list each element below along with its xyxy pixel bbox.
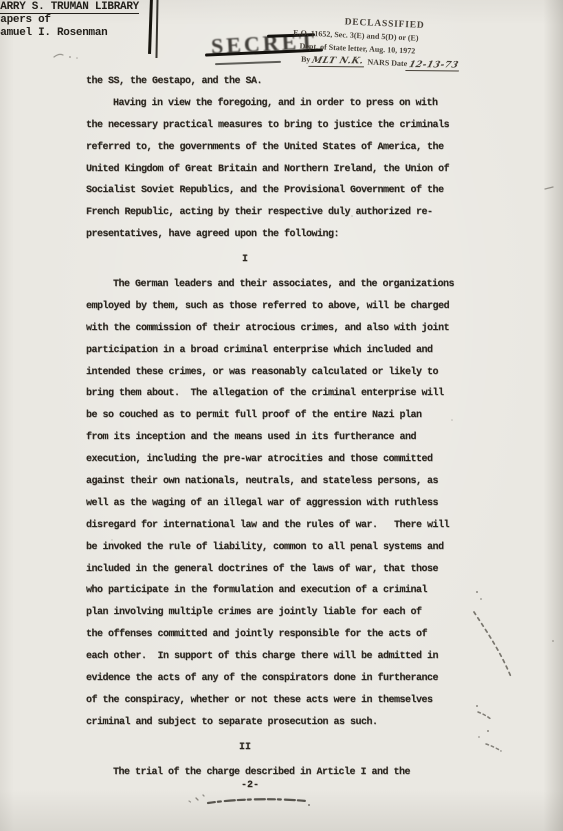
scanned-document-page: HARRY S. TRUMAN LIBRARY Papers of Samuel… <box>0 0 563 831</box>
body-line: against their own nationals, neutrals, a… <box>86 471 458 493</box>
body-line: who participate in the formulation and e… <box>86 580 458 602</box>
body-line: plan involving multiple crimes are joint… <box>86 602 458 624</box>
body-line: disregard for international law and the … <box>86 515 458 537</box>
archive-stamp-papers-of: Papers of <box>0 14 139 26</box>
body-line: from its inception and the means used in… <box>86 427 458 449</box>
body-line: Socialist Soviet Republics, and the Prov… <box>86 180 458 202</box>
body-line: presentatives, have agreed upon the foll… <box>86 224 458 246</box>
nars-date-label: NARS Date <box>367 57 407 68</box>
body-line: be invoked the rule of liability, common… <box>86 537 458 559</box>
body-line: evidence the acts of any of the conspira… <box>86 668 458 690</box>
article-heading: I <box>86 249 458 271</box>
body-line: intended these crimes, or was reasonably… <box>86 362 458 384</box>
body-line: participation in a broad criminal enterp… <box>86 340 458 362</box>
archive-stamp-library-name: HARRY S. TRUMAN LIBRARY <box>0 1 139 14</box>
body-line: included in the general doctrines of the… <box>86 559 458 581</box>
document-body: the SS, the Gestapo, and the SA.Having i… <box>86 71 458 784</box>
body-line: The German leaders and their associates,… <box>86 274 458 296</box>
body-line: employed by them, such as those referred… <box>86 296 458 318</box>
body-line: each other. In support of this charge th… <box>86 646 458 668</box>
body-line: The trial of the charge described in Art… <box>86 762 458 784</box>
body-line: execution, including the pre-war atrocit… <box>86 449 458 471</box>
ink-bar-mark <box>155 0 158 58</box>
body-line: well as the waging of an illegal war of … <box>86 493 458 515</box>
body-line: be so couched as to permit full proof of… <box>86 405 458 427</box>
ink-bar-mark <box>148 0 153 54</box>
body-line: United Kingdom of Great Britain and Nort… <box>86 159 458 181</box>
handwritten-signature: MLT N.K. <box>309 55 367 66</box>
declassified-stamp: DECLASSIFIED E.O. 11652, Sec. 3(E) and 5… <box>287 15 499 74</box>
body-line: referred to, the governments of the Unit… <box>86 137 458 159</box>
article-heading: II <box>86 737 458 759</box>
body-line: bring them about. The allegation of the … <box>86 383 458 405</box>
page-number: -2- <box>241 780 259 791</box>
body-line: French Republic, acting by their respect… <box>86 202 458 224</box>
handwritten-date: 12-13-73 <box>406 60 462 71</box>
body-line: criminal and subject to separate prosecu… <box>86 712 458 734</box>
strikethrough-mark <box>215 61 281 65</box>
body-line: the necessary practical measures to brin… <box>86 115 458 137</box>
archive-stamp: HARRY S. TRUMAN LIBRARY Papers of Samuel… <box>0 1 139 39</box>
body-line: of the conspiracy, whether or not these … <box>86 690 458 712</box>
body-line: with the commission of their atrocious c… <box>86 318 458 340</box>
body-line: the SS, the Gestapo, and the SA. <box>86 71 458 93</box>
archive-stamp-collection-name: Samuel I. Rosenman <box>0 27 139 39</box>
body-line: Having in view the foregoing, and in ord… <box>86 93 458 115</box>
body-line: the offenses committed and jointly respo… <box>86 624 458 646</box>
